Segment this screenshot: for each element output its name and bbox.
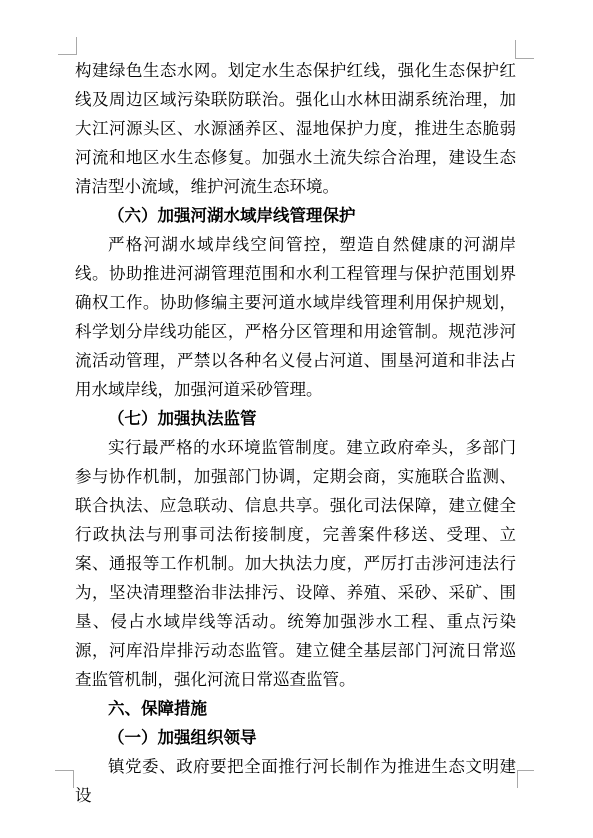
document-body: 构建绿色生态水网。划定水生态保护红线，强化生态保护红线及周边区域污染联防联治。强… bbox=[75, 56, 516, 810]
heading-section-1-organizational-leadership: （一）加强组织领导 bbox=[75, 723, 516, 752]
heading-part-6-safeguard-measures: 六、保障措施 bbox=[75, 694, 516, 723]
margin-crop-mark-top-right bbox=[515, 40, 534, 59]
margin-crop-mark-bottom-left bbox=[55, 770, 74, 788]
paragraph-continuation-water-ecology: 构建绿色生态水网。划定水生态保护红线，强化生态保护红线及周边区域污染联防联治。强… bbox=[75, 56, 516, 201]
heading-section-7-law-enforcement: （七）加强执法监管 bbox=[75, 404, 516, 433]
heading-section-6-shoreline-management: （六）加强河湖水域岸线管理保护 bbox=[75, 201, 516, 230]
paragraph-shoreline-management: 严格河湖水域岸线空间管控，塑造自然健康的河湖岸线。协助推进河湖管理范围和水利工程… bbox=[75, 230, 516, 404]
document-page: 构建绿色生态水网。划定水生态保护红线，强化生态保护红线及周边区域污染联防联治。强… bbox=[0, 0, 593, 838]
margin-crop-mark-bottom-right bbox=[517, 770, 534, 788]
paragraph-law-enforcement: 实行最严格的水环境监管制度。建立政府牵头，多部门参与协作机制，加强部门协调，定期… bbox=[75, 433, 516, 694]
paragraph-organizational-leadership-partial: 镇党委、政府要把全面推行河长制作为推进生态文明建设 bbox=[75, 752, 516, 810]
margin-crop-mark-top-left bbox=[58, 37, 77, 55]
